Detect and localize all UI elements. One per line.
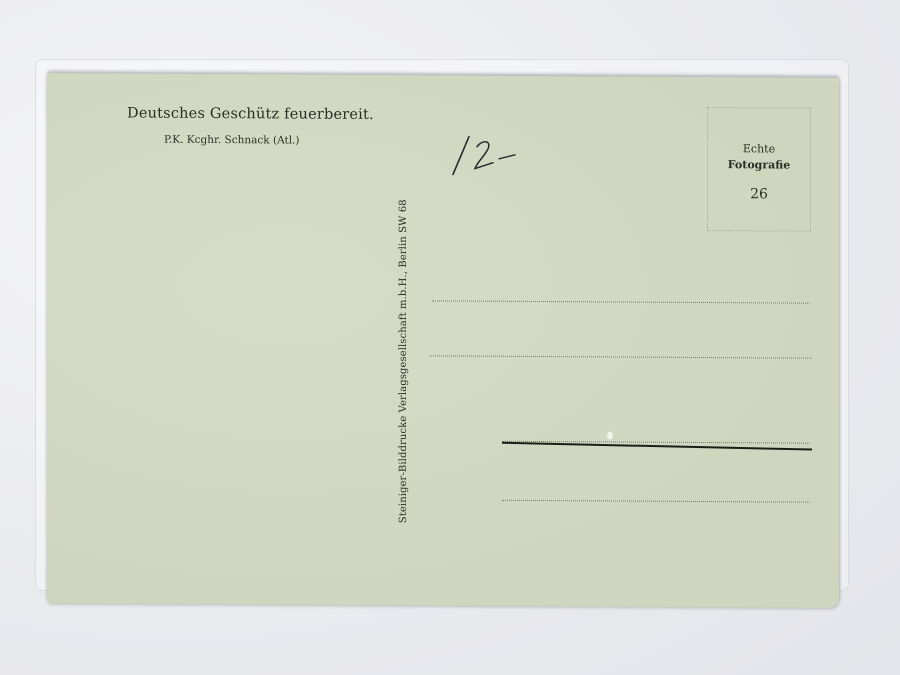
caption-credit: P.K. Kcghr. Schnack (Atl.)	[164, 134, 300, 147]
caption-title: Deutsches Geschütz feuerbereit.	[127, 105, 374, 123]
stamp-box: Echte Fotografie 26	[707, 107, 811, 232]
handwritten-price	[447, 130, 527, 180]
postcard-back: Deutsches Geschütz feuerbereit. P.K. Kcg…	[47, 73, 839, 608]
stamp-number: 26	[708, 186, 810, 203]
address-line-4	[502, 500, 810, 503]
paper-speck	[607, 431, 613, 439]
address-line-1	[432, 300, 810, 303]
stamp-text-echte: Echte	[708, 142, 810, 156]
address-line-2	[429, 355, 812, 358]
stamp-text-fotografie: Fotografie	[708, 158, 810, 172]
publisher-imprint: Steiniger-Bilddrucke Verlagsgesellschaft…	[398, 199, 409, 523]
